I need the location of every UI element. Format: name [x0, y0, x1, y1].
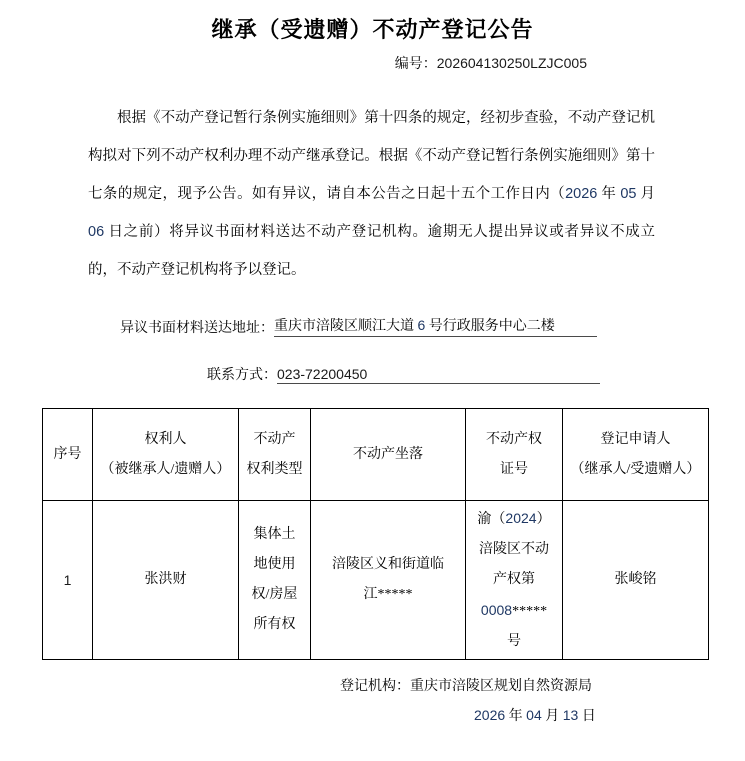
contact-phone-value: 023-72200450: [277, 366, 600, 384]
footer-date-year: 2026: [474, 707, 505, 723]
cell-right-type: 集体土 地使用 权/房屋 所有权: [239, 501, 311, 660]
contact-phone-line: 联系方式：023-72200450: [207, 364, 745, 384]
col-header-seq: 序号: [43, 409, 93, 501]
cert-year: 2024: [505, 510, 536, 526]
objection-address-label: 异议书面材料送达地址：: [120, 321, 274, 336]
table-header-row: 序号 权利人 （被继承人/遗赠人） 不动产 权利类型 不动产坐落 不动产权 证号…: [43, 409, 709, 501]
footer-date-year-unit: 年: [505, 709, 526, 724]
footer-date-month-unit: 月: [542, 709, 563, 724]
cert-number: 0008: [481, 602, 512, 618]
notice-text-after-date: 日之前）将异议书面材料送达不动产登记机构。逾期无人提出异议或者异议不成立的，不动…: [88, 224, 655, 278]
page-title: 继承（受遗赠）不动产登记公告: [0, 0, 745, 44]
address-text-post: 号行政服务中心二楼: [425, 319, 555, 334]
doc-number-value: 202604130250LZJC005: [437, 55, 587, 71]
cell-location: 涪陵区义和街道临 江*****: [311, 501, 466, 660]
deadline-day: 06: [88, 224, 104, 240]
footer-date-day: 13: [563, 707, 579, 723]
doc-number-line: 编号：202604130250LZJC005: [0, 53, 745, 73]
cell-applicant: 张峻铭: [563, 501, 709, 660]
cert-suffix: ***** 号: [507, 604, 547, 649]
footer-authority-value: 重庆市涪陵区规划自然资源局: [410, 679, 592, 694]
cell-cert-no: 渝（2024） 涪陵区不动 产权第 0008***** 号: [466, 501, 563, 660]
cell-holder: 张洪财: [93, 501, 239, 660]
announcement-document: 继承（受遗赠）不动产登记公告 编号：202604130250LZJC005 根据…: [0, 0, 745, 761]
col-header-right-type: 不动产 权利类型: [239, 409, 311, 501]
footer-date-line: 2026 年 04 月 13 日: [474, 705, 745, 725]
cert-prefix: 渝（: [477, 512, 505, 527]
col-header-applicant: 登记申请人 （继承人/受遗赠人）: [563, 409, 709, 501]
col-header-holder: 权利人 （被继承人/遗赠人）: [93, 409, 239, 501]
month-unit: 月: [636, 186, 655, 202]
footer-authority-line: 登记机构：重庆市涪陵区规划自然资源局: [340, 675, 745, 695]
footer-authority-label: 登记机构：: [340, 679, 410, 694]
objection-address-value: 重庆市涪陵区顺江大道 6 号行政服务中心二楼: [274, 315, 597, 337]
address-text-pre: 重庆市涪陵区顺江大道: [274, 319, 418, 334]
table-row: 1 张洪财 集体土 地使用 权/房屋 所有权 涪陵区义和街道临 江***** 渝…: [43, 501, 709, 660]
cell-seq: 1: [43, 501, 93, 660]
objection-address-line: 异议书面材料送达地址：重庆市涪陵区顺江大道 6 号行政服务中心二楼: [120, 315, 745, 337]
deadline-month: 05: [620, 186, 636, 202]
col-header-cert-no: 不动产权 证号: [466, 409, 563, 501]
year-unit: 年: [597, 186, 620, 202]
registration-table: 序号 权利人 （被继承人/遗赠人） 不动产 权利类型 不动产坐落 不动产权 证号…: [42, 408, 709, 660]
notice-paragraph: 根据《不动产登记暂行条例实施细则》第十四条的规定，经初步查验，不动产登记机构拟对…: [88, 99, 655, 289]
footer-date-day-unit: 日: [578, 709, 596, 724]
col-header-location: 不动产坐落: [311, 409, 466, 501]
doc-number-label: 编号：: [395, 57, 437, 72]
contact-phone-label: 联系方式：: [207, 368, 277, 383]
footer-date-month: 04: [526, 707, 542, 723]
deadline-year: 2026: [565, 186, 597, 202]
